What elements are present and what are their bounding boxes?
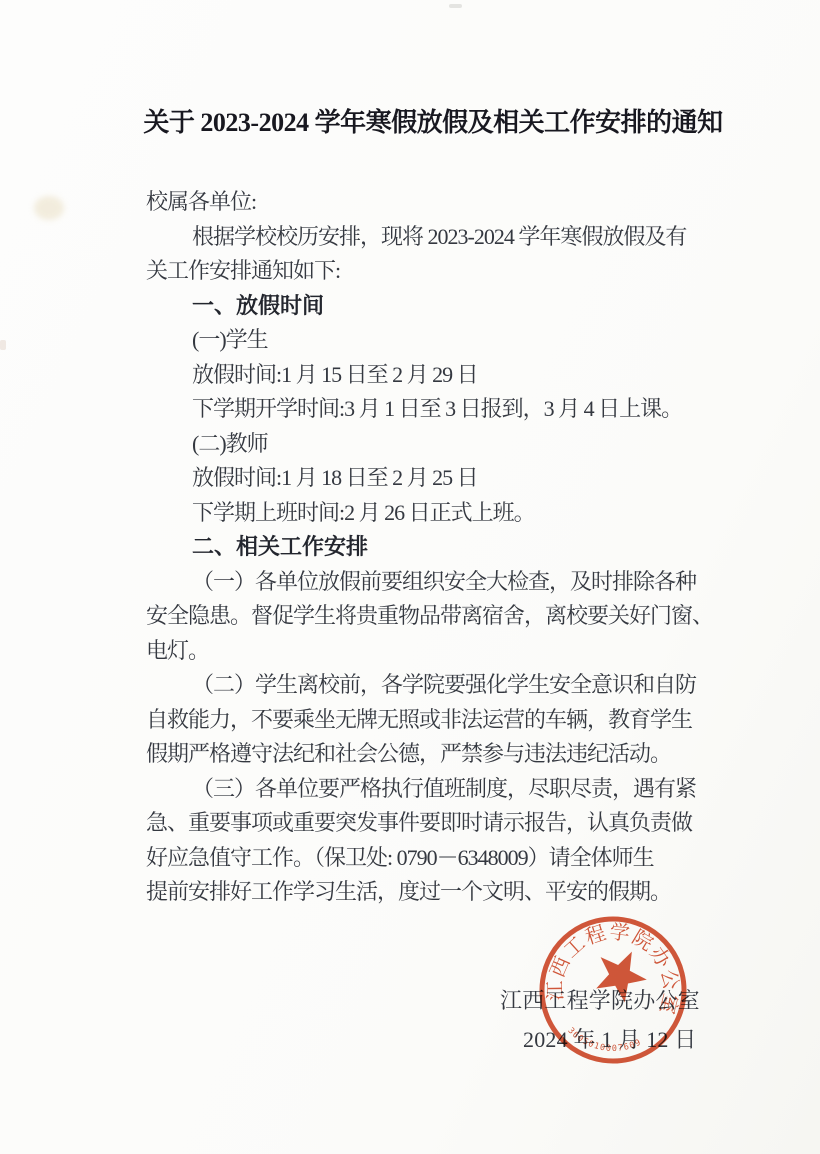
seal-code: 3605010007609 <box>563 1025 643 1058</box>
section-heading: 一、放假时间 <box>146 289 746 324</box>
svg-text:3605010007609: 3605010007609 <box>563 1025 643 1058</box>
body-line: （二）学生离校前，各学院要强化学生安全意识和自防 <box>146 668 746 703</box>
body-line: (一)学生 <box>146 323 746 358</box>
body-line: （三）各单位要严格执行值班制度，尽职尽责，遇有紧 <box>146 772 746 807</box>
scan-artifact <box>0 340 6 350</box>
body-line: 放假时间:1 月 15 日至 2 月 29 日 <box>146 358 746 393</box>
notice-body: 校属各单位: 根据学校校历安排，现将 2023-2024 学年寒假放假及有 关工… <box>146 185 746 910</box>
body-line: 下学期开学时间:3 月 1 日至 3 日报到，3 月 4 日上课。 <box>146 392 746 427</box>
scan-artifact <box>449 4 462 8</box>
body-line: 自救能力，不要乘坐无牌无照或非法运营的车辆，教育学生 <box>146 703 746 738</box>
body-line: 好应急值守工作。（保卫处: 0790－6348009）请全体师生 <box>146 841 746 876</box>
official-seal: 江西工程学院办公室 3605010007609 <box>498 875 728 1105</box>
body-line: 下学期上班时间:2 月 26 日正式上班。 <box>146 496 746 531</box>
notice-title: 关于 2023-2024 学年寒假放假及相关工作安排的通知 <box>0 102 820 139</box>
body-line: 根据学校校历安排，现将 2023-2024 学年寒假放假及有 <box>146 220 746 255</box>
body-line: (二)教师 <box>146 427 746 462</box>
body-line: 关工作安排通知如下: <box>146 254 746 289</box>
body-line: 安全隐患。督促学生将贵重物品带离宿舍，离校要关好门窗、 <box>146 599 746 634</box>
body-line: （一）各单位放假前要组织安全大检查，及时排除各种 <box>146 565 746 600</box>
body-line: 电灯。 <box>146 634 746 669</box>
body-line: 急、重要事项或重要突发事件要即时请示报告，认真负责做 <box>146 806 746 841</box>
body-line: 校属各单位: <box>146 185 746 220</box>
body-line: 放假时间:1 月 18 日至 2 月 25 日 <box>146 461 746 496</box>
section-heading: 二、相关工作安排 <box>146 530 746 565</box>
scanned-notice-page: 关于 2023-2024 学年寒假放假及相关工作安排的通知 校属各单位: 根据学… <box>0 0 820 1154</box>
scan-artifact <box>34 196 64 220</box>
body-line: 假期严格遵守法纪和社会公德，严禁参与违法违纪活动。 <box>146 737 746 772</box>
